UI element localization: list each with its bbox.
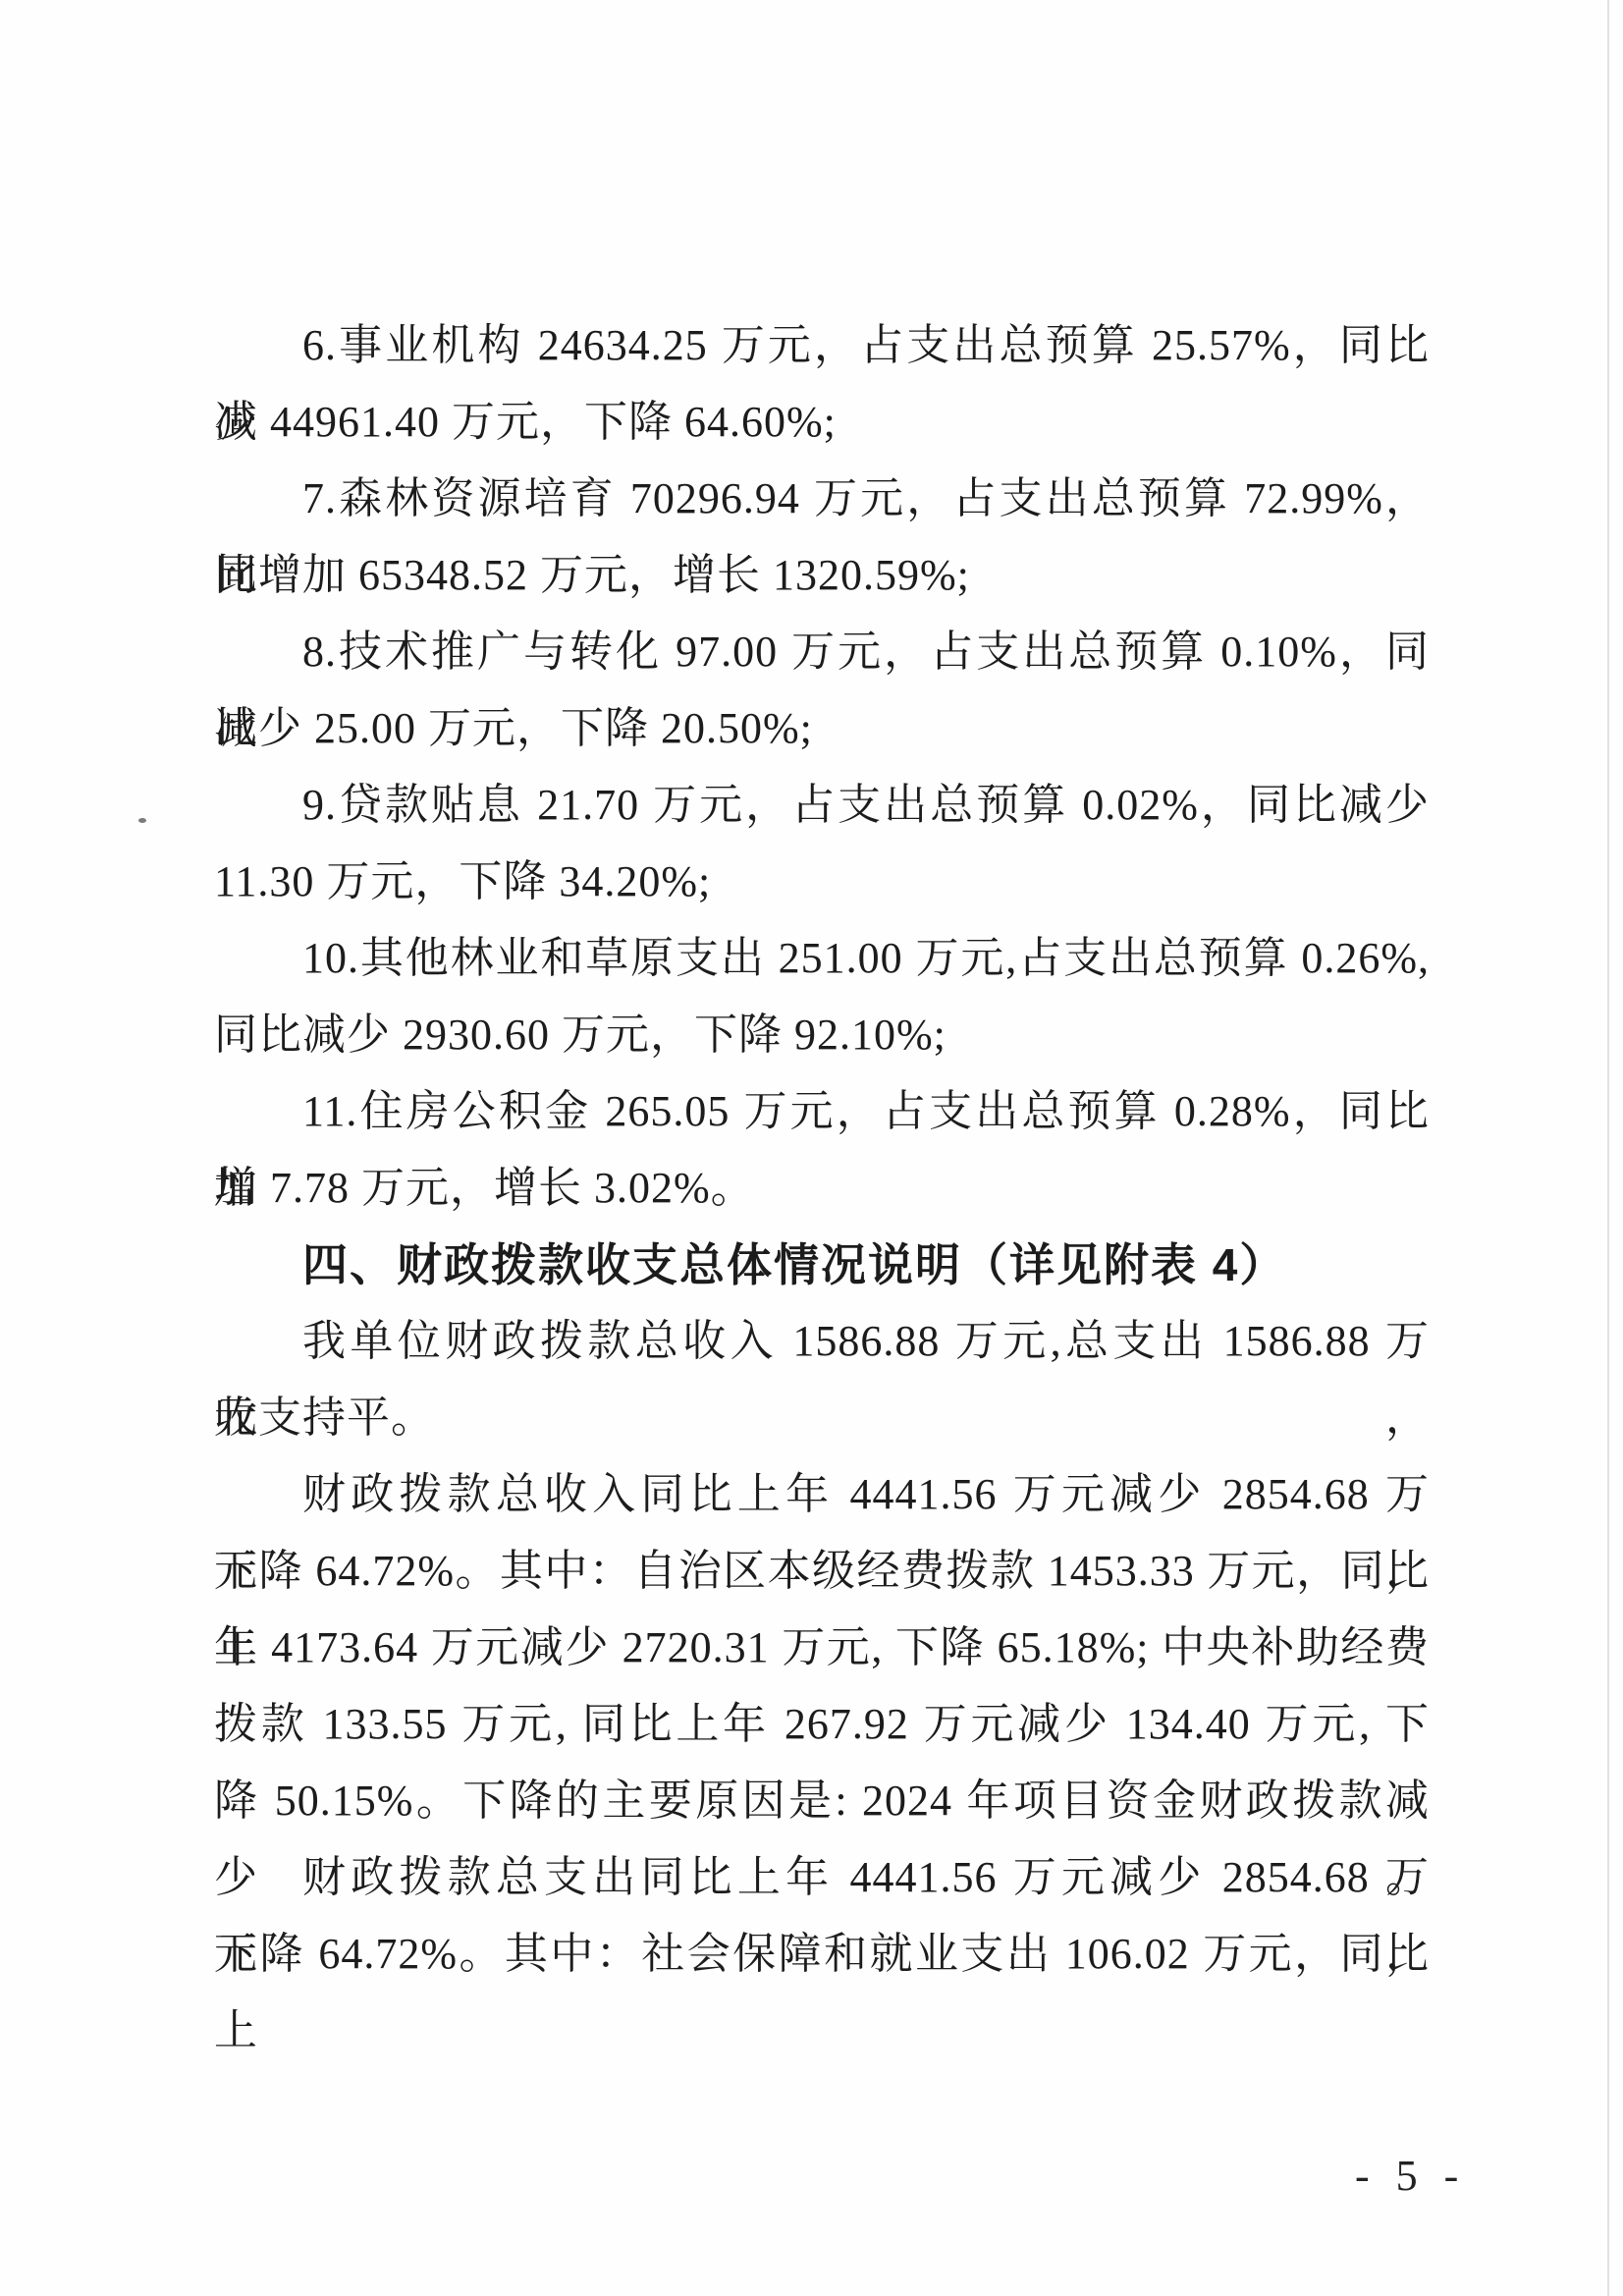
paragraph-item-7: 7.森林资源培育 70296.94 万元，占支出总预算 72.99%，同 比增加… [214, 461, 1430, 614]
paragraph-total-income: 财政拨款总收入同比上年 4441.56 万元减少 2854.68 万元， 下降 … [214, 1456, 1430, 1839]
text-line: 年 4173.64 万元减少 2720.31 万元, 下降 65.18%; 中央… [214, 1610, 1430, 1686]
text-line: 10.其他林业和草原支出 251.00 万元,占支出总预算 0.26%, [214, 920, 1430, 997]
text-line: 同比减少 2930.60 万元，下降 92.10%; [214, 997, 1430, 1073]
scan-artifact-dot [138, 818, 146, 823]
text-line: 少 44961.40 万元，下降 64.60%; [214, 384, 1430, 461]
page-number: - 5 - [1355, 2151, 1466, 2201]
text-line: 减少 25.00 万元，下降 20.50%; [214, 690, 1430, 767]
text-line: 6.事业机构 24634.25 万元，占支出总预算 25.57%，同比减 [214, 307, 1430, 384]
text-line: 下降 64.72%。其中：自治区本级经费拨款 1453.33 万元，同比上 [214, 1533, 1430, 1610]
text-line: 加 7.78 万元，增长 3.02%。 [214, 1150, 1430, 1227]
paragraph-item-11: 11.住房公积金 265.05 万元，占支出总预算 0.28%，同比增 加 7.… [214, 1073, 1430, 1227]
paragraph-item-10: 10.其他林业和草原支出 251.00 万元,占支出总预算 0.26%, 同比减… [214, 920, 1430, 1073]
scan-edge-line [1607, 0, 1609, 2296]
text-line: 财政拨款总支出同比上年 4441.56 万元减少 2854.68 万元， [214, 1839, 1430, 1916]
text-line: 11.30 万元，下降 34.20%; [214, 844, 1430, 920]
section-heading-4: 四、财政拨款收支总体情况说明（详见附表 4） [214, 1227, 1430, 1303]
paragraph-item-8: 8.技术推广与转化 97.00 万元，占支出总预算 0.10%，同比 减少 25… [214, 614, 1430, 767]
text-line: 财政拨款总收入同比上年 4441.56 万元减少 2854.68 万元， [214, 1456, 1430, 1533]
paragraph-total-expenditure: 财政拨款总支出同比上年 4441.56 万元减少 2854.68 万元， 下降 … [214, 1839, 1430, 1993]
text-line: 降 50.15%。下降的主要原因是: 2024 年项目资金财政拨款减少。 [214, 1763, 1430, 1839]
text-line: 8.技术推广与转化 97.00 万元，占支出总预算 0.10%，同比 [214, 614, 1430, 690]
text-line: 下降 64.72%。其中：社会保障和就业支出 106.02 万元，同比上 [214, 1916, 1430, 1993]
section-title: 四、财政拨款收支总体情况说明（详见附表 4） [214, 1227, 1430, 1303]
document-body: 6.事业机构 24634.25 万元，占支出总预算 25.57%，同比减 少 4… [214, 307, 1430, 1993]
text-line: 7.森林资源培育 70296.94 万元，占支出总预算 72.99%，同 [214, 461, 1430, 537]
text-line: 我单位财政拨款总收入 1586.88 万元,总支出 1586.88 万元， [214, 1303, 1430, 1380]
paragraph-item-6: 6.事业机构 24634.25 万元，占支出总预算 25.57%，同比减 少 4… [214, 307, 1430, 461]
text-line: 拨款 133.55 万元, 同比上年 267.92 万元减少 134.40 万元… [214, 1686, 1430, 1763]
text-line: 11.住房公积金 265.05 万元，占支出总预算 0.28%，同比增 [214, 1073, 1430, 1150]
text-line: 9.贷款贴息 21.70 万元，占支出总预算 0.02%，同比减少 [214, 767, 1430, 844]
paragraph-fiscal-balance: 我单位财政拨款总收入 1586.88 万元,总支出 1586.88 万元， 收支… [214, 1303, 1430, 1456]
document-page: 6.事业机构 24634.25 万元，占支出总预算 25.57%，同比减 少 4… [0, 0, 1623, 2296]
text-line: 比增加 65348.52 万元，增长 1320.59%; [214, 537, 1430, 614]
paragraph-item-9: 9.贷款贴息 21.70 万元，占支出总预算 0.02%，同比减少 11.30 … [214, 767, 1430, 920]
